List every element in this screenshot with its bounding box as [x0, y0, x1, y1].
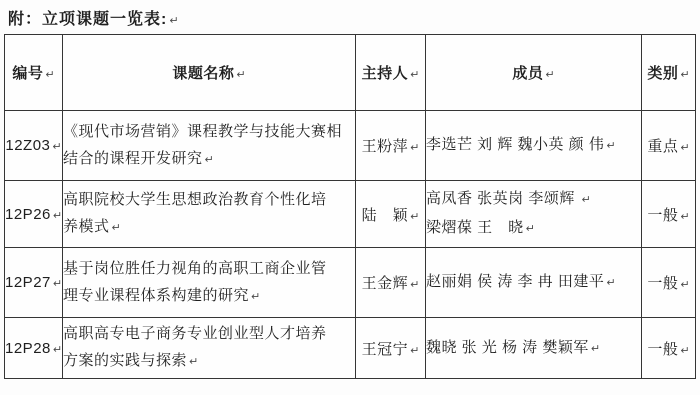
paragraph-mark-icon: ↵ — [410, 142, 419, 154]
header-category-label: 类别 — [647, 65, 678, 82]
header-project-title-label: 课题名称 — [172, 65, 234, 82]
row-id-text: 12Z03 — [5, 137, 50, 154]
table-row: 12P27↵ 基于岗位胜任力视角的高职工商企业管 理专业课程体系构建的研究↵ 王… — [5, 248, 696, 318]
header-members-label: 成员 — [512, 65, 543, 82]
table-header-row: 编号↵ 课题名称↵ 主持人↵ 成员↵ 类别↵ — [5, 35, 696, 111]
project-title-line: 养模式 — [63, 218, 110, 235]
members-cell: 高凤香 张英岗 李颂辉 ↵ 梁熠葆 王 晓↵ — [426, 181, 642, 248]
category-text: 一般 — [647, 341, 678, 358]
project-title-line: 高职高专电子商务专业创业型人才培养 — [63, 325, 327, 342]
category-cell: 一般↵ — [642, 248, 696, 318]
members-line: 李选芒 刘 辉 魏小英 颜 伟 — [426, 136, 604, 153]
project-title-line: 结合的课程开发研究 — [63, 150, 203, 167]
members-cell: 魏晓 张 光 杨 涛 樊颖军↵ — [426, 318, 642, 379]
members-line: 魏晓 张 光 杨 涛 樊颖军 — [426, 339, 589, 356]
leader-cell: 陆 颖↵ — [356, 181, 426, 248]
category-text: 一般 — [647, 275, 678, 292]
line-break-mark-icon: ↵ — [582, 194, 591, 206]
page-title: 附：立项课题一览表:↵ — [8, 6, 179, 29]
leader-text: 王粉萍 — [362, 138, 409, 155]
leader-text: 王金辉 — [362, 275, 409, 292]
paragraph-mark-icon: ↵ — [410, 69, 419, 81]
members-cell: 赵丽娟 侯 涛 李 冉 田建平↵ — [426, 248, 642, 318]
paragraph-mark-icon: ↵ — [53, 278, 62, 290]
paragraph-mark-icon: ↵ — [680, 345, 689, 357]
leader-cell: 王粉萍↵ — [356, 111, 426, 181]
paragraph-mark-icon: ↵ — [606, 140, 615, 152]
row-id-text: 12P27 — [5, 274, 51, 291]
paragraph-mark-icon: ↵ — [680, 69, 689, 81]
header-leader-label: 主持人 — [362, 65, 409, 82]
category-cell: 重点↵ — [642, 111, 696, 181]
paragraph-mark-icon: ↵ — [680, 279, 689, 291]
paragraph-mark-icon: ↵ — [52, 141, 61, 153]
table-row: 12P26↵ 高职院校大学生思想政治教育个性化培 养模式↵ 陆 颖↵ 高凤香 张… — [5, 181, 696, 248]
category-cell: 一般↵ — [642, 318, 696, 379]
row-id-text: 12P26 — [5, 206, 51, 223]
project-title-cell: 高职院校大学生思想政治教育个性化培 养模式↵ — [63, 181, 356, 248]
leader-text: 王冠宁 — [362, 341, 409, 358]
page-title-text: 附：立项课题一览表: — [8, 11, 167, 28]
header-leader: 主持人↵ — [356, 35, 426, 111]
paragraph-mark-icon: ↵ — [606, 277, 615, 289]
members-line: 赵丽娟 侯 涛 李 冉 田建平 — [426, 273, 604, 290]
members-cell: 李选芒 刘 辉 魏小英 颜 伟↵ — [426, 111, 642, 181]
paragraph-mark-icon: ↵ — [112, 222, 121, 234]
row-id-cell: 12P28↵ — [5, 318, 63, 379]
paragraph-mark-icon: ↵ — [591, 343, 600, 355]
paragraph-mark-icon: ↵ — [680, 211, 689, 223]
leader-cell: 王冠宁↵ — [356, 318, 426, 379]
paragraph-mark-icon: ↵ — [410, 279, 419, 291]
header-id: 编号↵ — [5, 35, 63, 111]
project-title-line: 高职院校大学生思想政治教育个性化培 — [63, 191, 327, 208]
project-title-cell: 高职高专电子商务专业创业型人才培养 方案的实践与探索↵ — [63, 318, 356, 379]
paragraph-mark-icon: ↵ — [545, 69, 554, 81]
category-cell: 一般↵ — [642, 181, 696, 248]
table-row: 12Z03↵ 《现代市场营销》课程教学与技能大赛相 结合的课程开发研究↵ 王粉萍… — [5, 111, 696, 181]
members-line: 梁熠葆 王 晓 — [426, 219, 524, 236]
paragraph-mark-icon: ↵ — [410, 345, 419, 357]
project-title-line: 基于岗位胜任力视角的高职工商企业管 — [63, 260, 327, 277]
leader-cell: 王金辉↵ — [356, 248, 426, 318]
paragraph-mark-icon: ↵ — [680, 142, 689, 154]
paragraph-mark-icon: ↵ — [45, 69, 54, 81]
paragraph-mark-icon: ↵ — [189, 356, 198, 368]
project-roster-table: 编号↵ 课题名称↵ 主持人↵ 成员↵ 类别↵ 12Z03↵ 《现代市场营销》课程… — [4, 34, 696, 379]
paragraph-mark-icon: ↵ — [410, 211, 419, 223]
header-category: 类别↵ — [642, 35, 696, 111]
project-title-cell: 《现代市场营销》课程教学与技能大赛相 结合的课程开发研究↵ — [63, 111, 356, 181]
row-id-cell: 12P26↵ — [5, 181, 63, 248]
row-id-text: 12P28 — [5, 340, 51, 357]
category-text: 重点 — [647, 138, 678, 155]
paragraph-mark-icon: ↵ — [53, 344, 62, 356]
project-title-cell: 基于岗位胜任力视角的高职工商企业管 理专业课程体系构建的研究↵ — [63, 248, 356, 318]
members-line: 高凤香 张英岗 李颂辉 — [426, 190, 580, 207]
header-id-label: 编号 — [12, 65, 43, 82]
paragraph-mark-icon: ↵ — [236, 69, 245, 81]
paragraph-mark-icon: ↵ — [526, 223, 535, 235]
project-title-line: 方案的实践与探索 — [63, 352, 187, 369]
paragraph-mark-icon: ↵ — [205, 154, 214, 166]
paragraph-mark-icon: ↵ — [251, 291, 260, 303]
paragraph-mark-icon: ↵ — [169, 15, 178, 27]
paragraph-mark-icon: ↵ — [53, 210, 62, 222]
row-id-cell: 12Z03↵ — [5, 111, 63, 181]
header-members: 成员↵ — [426, 35, 642, 111]
project-title-line: 理专业课程体系构建的研究 — [63, 287, 249, 304]
category-text: 一般 — [647, 207, 678, 224]
table-row: 12P28↵ 高职高专电子商务专业创业型人才培养 方案的实践与探索↵ 王冠宁↵ … — [5, 318, 696, 379]
project-title-line: 《现代市场营销》课程教学与技能大赛相 — [63, 123, 342, 140]
row-id-cell: 12P27↵ — [5, 248, 63, 318]
header-project-title: 课题名称↵ — [63, 35, 356, 111]
leader-text: 陆 颖 — [362, 207, 409, 224]
